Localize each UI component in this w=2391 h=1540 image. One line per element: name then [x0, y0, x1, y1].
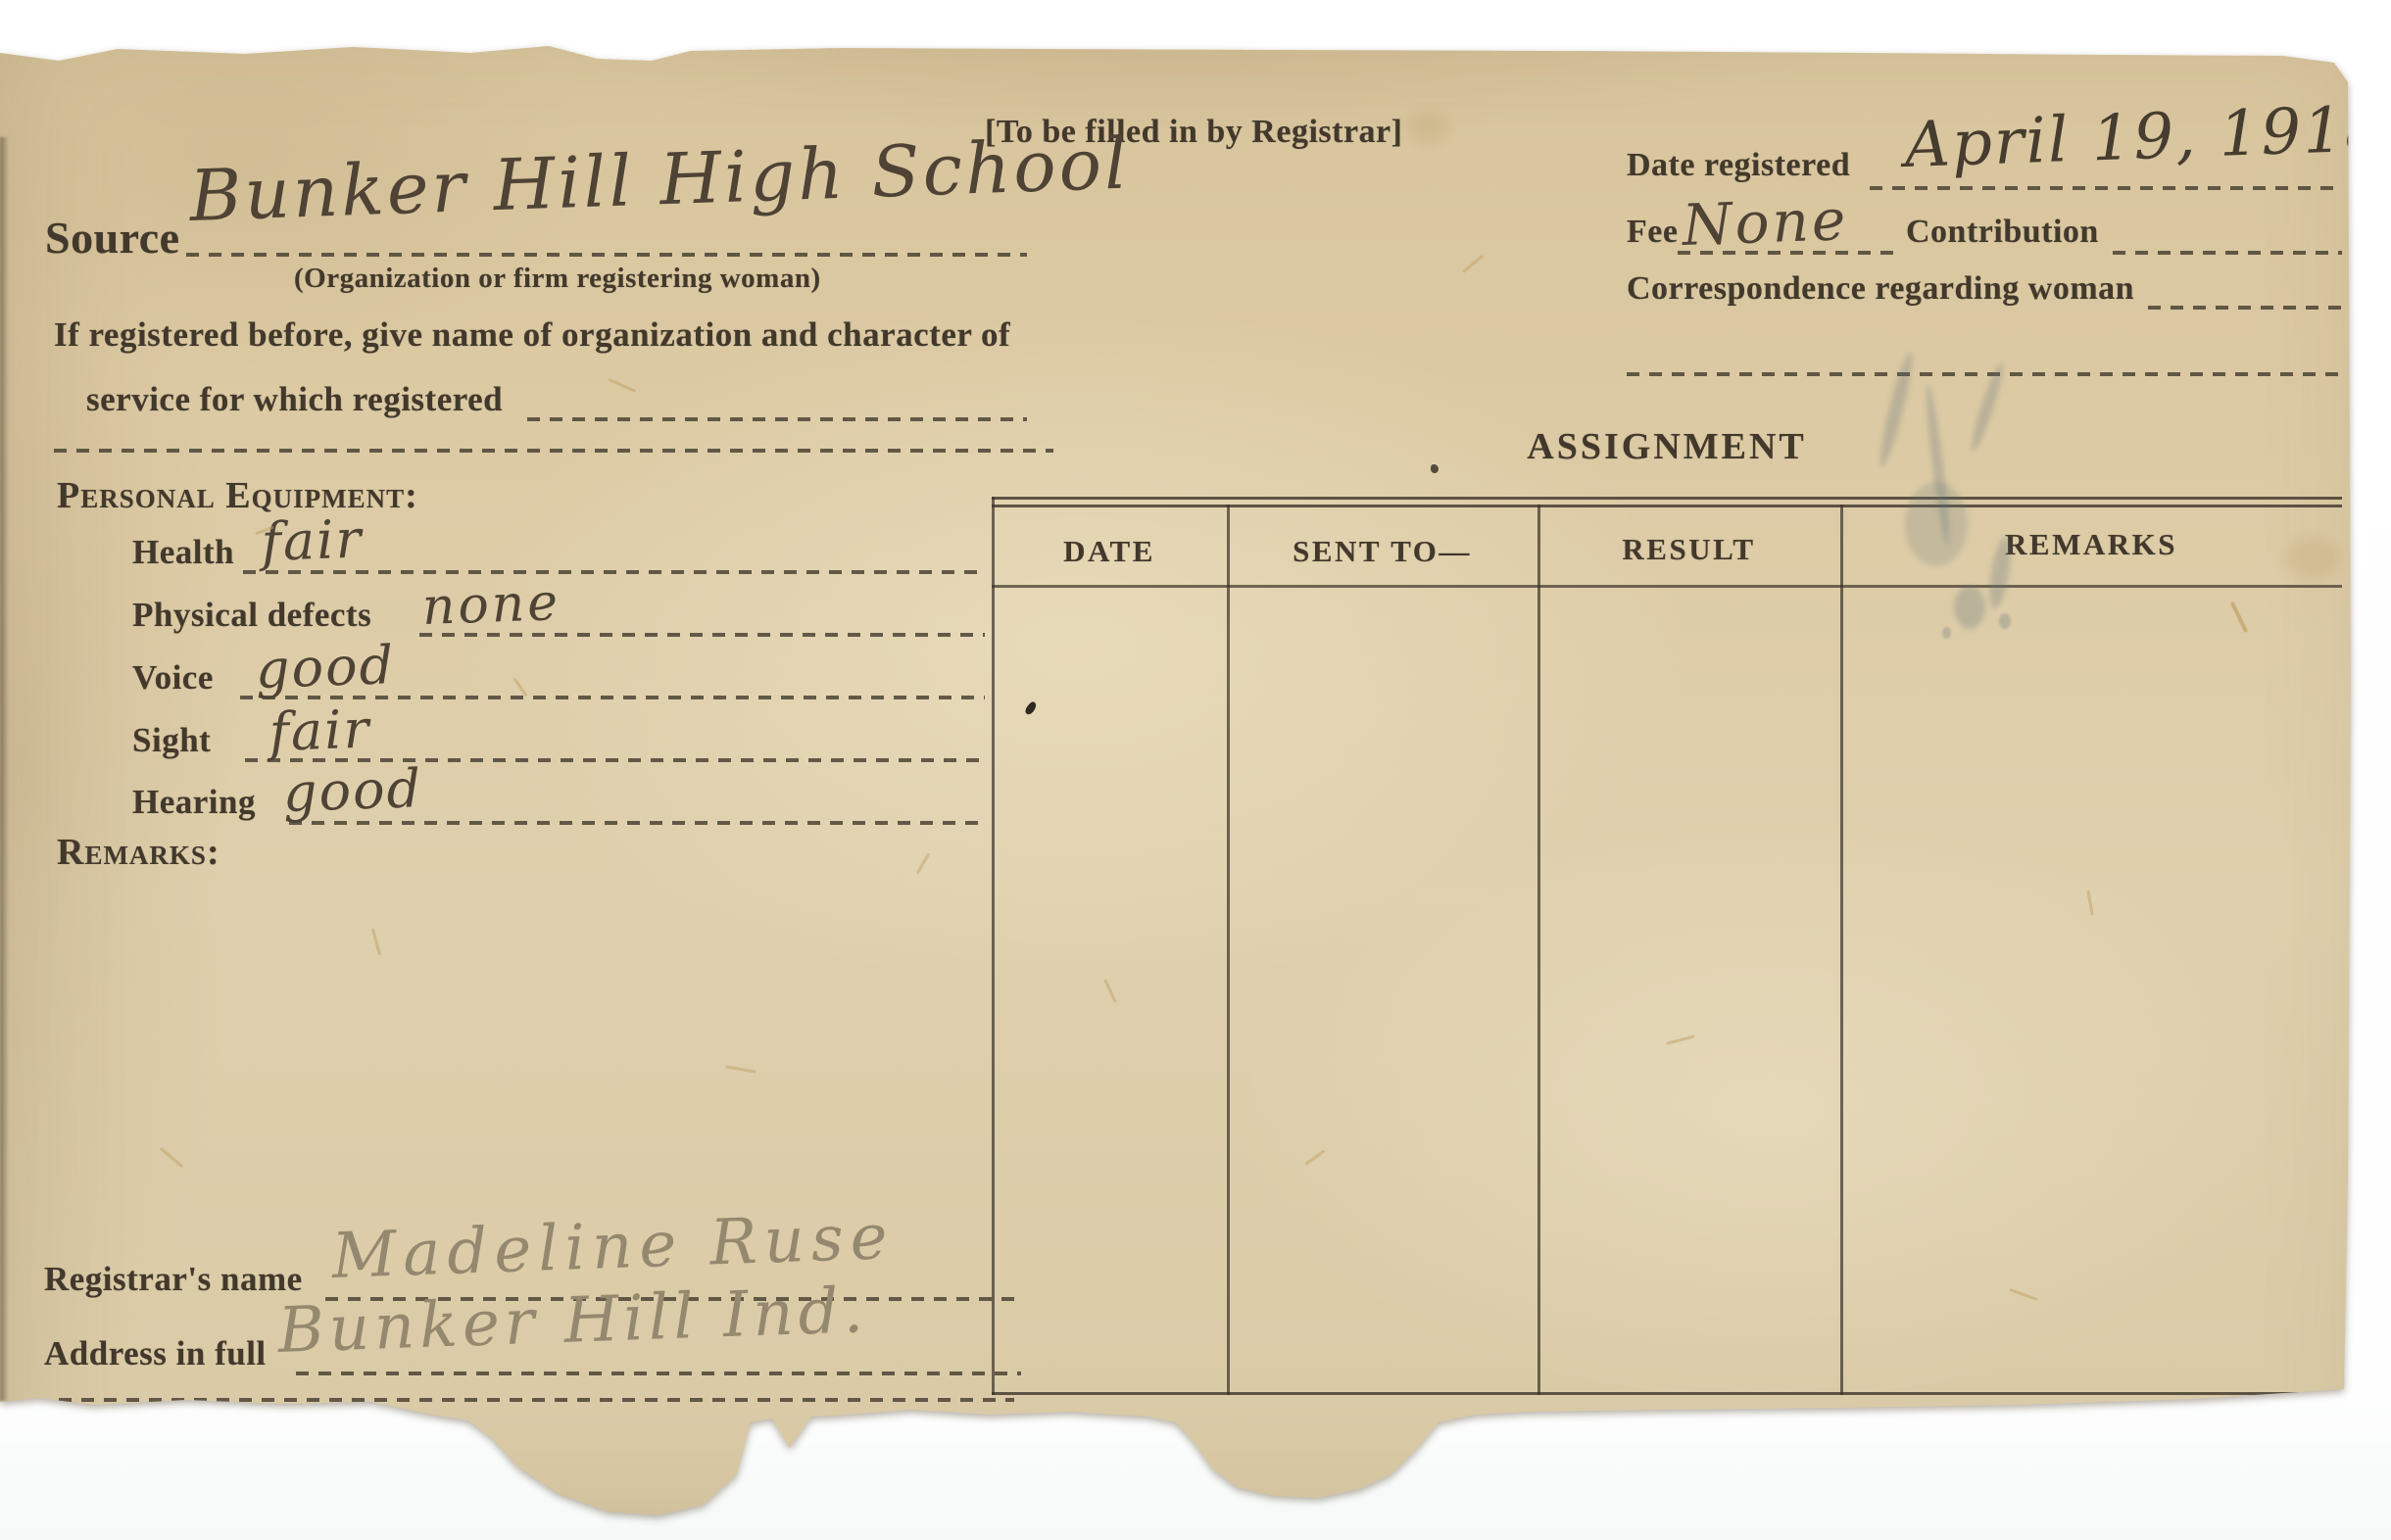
paper-fiber [371, 929, 381, 956]
dotted-line-contribution [2113, 251, 2342, 255]
table-left-border [992, 497, 995, 1395]
paper-fiber [2230, 602, 2249, 633]
ink-speck [1431, 464, 1439, 473]
field-value-voice: good [255, 634, 396, 700]
source-value: Bunker Hill High School [188, 122, 1131, 237]
field-label-hearing: Hearing [132, 783, 256, 822]
ink-speck [1024, 700, 1039, 716]
table-top-line-1 [992, 497, 2342, 500]
dotted-line-date [1870, 186, 2342, 190]
dotted-line-hearing [289, 821, 985, 825]
correspondence-label: Correspondence regarding woman [1627, 270, 2134, 308]
card-shadow-wrap: [To be filled in by Registrar] Date regi… [0, 0, 2391, 1540]
pencil-smudge [1905, 482, 1968, 566]
paper-fiber [1666, 1035, 1695, 1045]
registrar-name-label: Registrar's name [44, 1260, 303, 1299]
registration-card: [To be filled in by Registrar] Date regi… [0, 0, 2391, 1540]
field-value-sight: fair [268, 698, 371, 763]
paper-fiber [2086, 890, 2093, 915]
assignment-title: ASSIGNMENT [992, 425, 2342, 468]
dotted-line-address [296, 1372, 1021, 1375]
dotted-line-health [243, 570, 985, 574]
paper-fiber [1103, 979, 1117, 1003]
remarks-heading: Remarks: [57, 831, 220, 874]
source-caption: (Organization or firm registering woman) [294, 263, 821, 295]
registered-before-line2: service for which registered [86, 380, 503, 419]
table-bottom-line [992, 1392, 2342, 1395]
dotted-line-blank-left [54, 449, 1053, 453]
fee-label: Fee [1627, 214, 1678, 251]
paper-fiber [512, 678, 527, 698]
paper-fiber [1304, 1149, 1325, 1165]
paper-fiber [160, 1147, 184, 1169]
dotted-line-source [186, 253, 1027, 257]
dotted-line-bottom [59, 1398, 1014, 1402]
field-label-voice: Voice [132, 658, 214, 698]
col-header-result: RESULT [1537, 532, 1840, 567]
pencil-smudge [1999, 613, 2011, 629]
paper-fiber [2009, 1288, 2037, 1301]
field-label-physical-defects: Physical defects [132, 596, 371, 635]
paper-fiber [609, 378, 637, 393]
date-registered-label: Date registered [1627, 147, 1850, 184]
table-divider-2 [1537, 505, 1540, 1395]
dotted-line-correspondence [2148, 306, 2342, 310]
pencil-smudge [1954, 586, 1985, 629]
paper-stain [2285, 537, 2340, 580]
paper-fiber [1462, 255, 1484, 273]
paper-stain [1409, 114, 1448, 143]
table-divider-1 [1227, 505, 1230, 1395]
fee-value: None [1682, 186, 1850, 259]
scanned-registration-card: [To be filled in by Registrar] Date regi… [0, 0, 2391, 1540]
personal-equipment-heading: Personal Equipment: [57, 474, 418, 517]
date-registered-value: April 19, 1918 [1903, 93, 2387, 182]
field-label-sight: Sight [132, 721, 211, 760]
source-label: Source [45, 212, 180, 264]
field-value-health: fair [261, 507, 364, 573]
table-header-separator [992, 585, 2342, 588]
contribution-label: Contribution [1906, 214, 2099, 251]
field-value-hearing: good [282, 757, 423, 824]
table-divider-3 [1840, 505, 1843, 1395]
paper-fiber [916, 852, 931, 874]
field-label-health: Health [132, 533, 234, 572]
registered-before-line1: If registered before, give name of organ… [54, 315, 1010, 355]
address-label: Address in full [44, 1334, 267, 1373]
pencil-smudge [1942, 627, 1951, 639]
card-left-edge-shadow [0, 137, 9, 1401]
paper-fiber [725, 1065, 756, 1074]
dotted-line-right-blank [1627, 372, 2342, 376]
col-header-date: DATE [992, 534, 1227, 569]
table-top-line-2 [992, 505, 2342, 507]
field-value-physical-defects: none [421, 573, 561, 637]
dotted-line-service [527, 417, 1027, 421]
col-header-sent-to: SENT TO— [1227, 534, 1537, 569]
